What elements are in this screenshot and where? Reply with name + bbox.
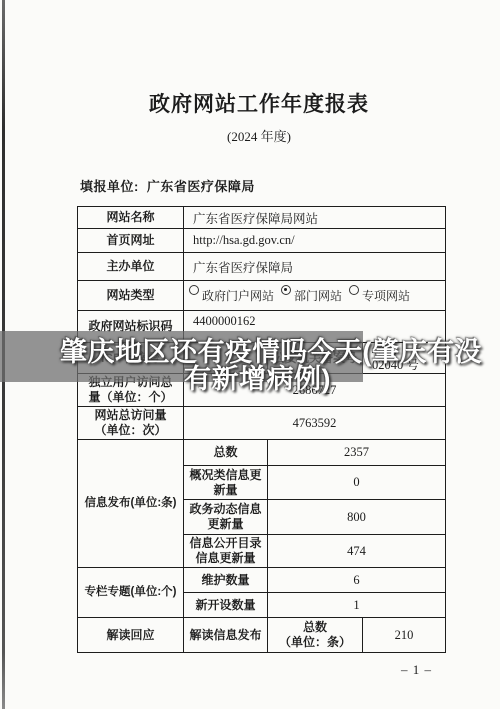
info-publish-row2-value: 800 bbox=[268, 500, 446, 535]
site-type-option-label-0: 政府门户网站 bbox=[202, 287, 274, 304]
page-number: – 1 – bbox=[401, 662, 432, 678]
columns-row1-value: 1 bbox=[268, 593, 446, 618]
interpret-unit-line2: （单位：条） bbox=[273, 635, 357, 650]
total-visits-label: 网站总访问量（单位：次） bbox=[78, 407, 184, 440]
report-title: 政府网站工作年度报表 bbox=[0, 88, 500, 118]
site-type-radio-1[interactable] bbox=[281, 285, 291, 295]
interpret-label: 解读回应 bbox=[78, 618, 184, 653]
report-table-wrapper: 网站名称 广东省医疗保障局网站 首页网址 http://hsa.gd.gov.c… bbox=[77, 206, 446, 653]
filler-unit-line: 填报单位:广东省医疗保障局 bbox=[80, 176, 255, 195]
report-year: (2024 年度) bbox=[0, 126, 500, 145]
table-row: 解读回应 解读信息发布 总数 （单位：条） 210 bbox=[78, 618, 446, 653]
table-row: 专栏专题(单位:个) 维护数量 6 bbox=[78, 568, 446, 593]
filler-unit-label: 填报单位: bbox=[80, 179, 139, 194]
table-row: 网站名称 广东省医疗保障局网站 bbox=[78, 207, 446, 229]
site-name-value: 广东省医疗保障局网站 bbox=[184, 207, 446, 229]
site-type-radio-2[interactable] bbox=[349, 285, 359, 295]
home-url-value: http://hsa.gd.gov.cn/ bbox=[184, 229, 446, 253]
columns-row0-label: 维护数量 bbox=[184, 568, 268, 593]
site-type-label: 网站类型 bbox=[78, 281, 184, 311]
filler-unit-value: 广东省医疗保障局 bbox=[147, 179, 255, 194]
info-publish-label: 信息发布(单位:条) bbox=[78, 440, 184, 568]
site-type-option-label-1: 部门网站 bbox=[294, 287, 342, 304]
interpret-value: 210 bbox=[363, 618, 446, 653]
info-publish-row3-value: 474 bbox=[268, 535, 446, 568]
site-type-option-2: 专项网站 bbox=[349, 287, 410, 304]
interpret-sub-label: 解读信息发布 bbox=[184, 618, 268, 653]
table-row: 网站类型 政府门户网站 部门网站 专项网站 bbox=[78, 281, 446, 311]
info-publish-row3-label: 信息公开目录信息更新量 bbox=[184, 535, 268, 568]
home-url-label: 首页网址 bbox=[78, 229, 184, 253]
site-type-options: 政府门户网站 部门网站 专项网站 bbox=[189, 287, 440, 304]
report-table: 网站名称 广东省医疗保障局网站 首页网址 http://hsa.gd.gov.c… bbox=[77, 206, 446, 653]
site-type-radio-0[interactable] bbox=[189, 285, 199, 295]
columns-topics-label: 专栏专题(单位:个) bbox=[78, 568, 184, 618]
table-row: 主办单位 广东省医疗保障局 bbox=[78, 253, 446, 281]
organizer-label: 主办单位 bbox=[78, 253, 184, 281]
table-row: 首页网址 http://hsa.gd.gov.cn/ bbox=[78, 229, 446, 253]
document-page: 政府网站工作年度报表 (2024 年度) 填报单位:广东省医疗保障局 网站名称 … bbox=[0, 0, 500, 709]
site-type-option-0: 政府门户网站 bbox=[189, 287, 274, 304]
info-publish-row1-value: 0 bbox=[268, 466, 446, 500]
info-publish-row2-label: 政务动态信息更新量 bbox=[184, 500, 268, 535]
watermark-text-line2: 有新增病例) bbox=[184, 357, 331, 396]
interpret-unit-line1: 总数 bbox=[273, 620, 357, 635]
table-row: 网站总访问量（单位：次） 4763592 bbox=[78, 407, 446, 440]
site-type-option-label-2: 专项网站 bbox=[362, 287, 410, 304]
organizer-value: 广东省医疗保障局 bbox=[184, 253, 446, 281]
site-name-label: 网站名称 bbox=[78, 207, 184, 229]
site-type-cell: 政府门户网站 部门网站 专项网站 bbox=[184, 281, 446, 311]
info-publish-row0-label: 总数 bbox=[184, 440, 268, 466]
site-type-option-1: 部门网站 bbox=[281, 287, 342, 304]
info-publish-row0-value: 2357 bbox=[268, 440, 446, 466]
info-publish-row1-label: 概况类信息更新量 bbox=[184, 466, 268, 500]
table-row: 信息发布(单位:条) 总数 2357 bbox=[78, 440, 446, 466]
columns-row0-value: 6 bbox=[268, 568, 446, 593]
columns-row1-label: 新开设数量 bbox=[184, 593, 268, 618]
total-visits-value: 4763592 bbox=[184, 407, 446, 440]
interpret-unit-label: 总数 （单位：条） bbox=[268, 618, 363, 653]
